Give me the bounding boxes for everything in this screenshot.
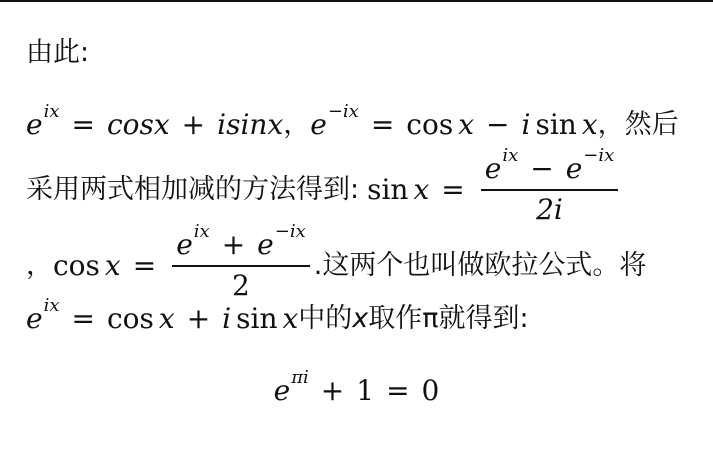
math-exponent: ix <box>502 139 518 173</box>
math-sin: sin <box>535 108 576 142</box>
euler-formula-text: .这两个也叫做欧拉公式。将 <box>314 249 647 283</box>
euler-formula-line: eix = cosx + isinx ， e−ix = cos x − i si… <box>26 108 679 142</box>
math-exponent: ix <box>194 215 210 249</box>
fraction-numerator: eix + e−ix <box>172 228 310 267</box>
math-e: e <box>26 302 43 336</box>
comma: ， <box>26 249 53 283</box>
math-e: e <box>485 152 502 186</box>
math-e: e <box>257 228 274 262</box>
math-cos: cos <box>107 302 154 336</box>
math-equals: = <box>386 374 409 407</box>
text-take-pi: 取作π就得到: <box>368 302 528 336</box>
math-x: x <box>105 249 121 283</box>
math-e: e <box>176 228 193 262</box>
math-x: x <box>159 302 175 336</box>
math-cos: cos <box>53 249 100 283</box>
math-equals: = <box>371 108 394 142</box>
math-zero: 0 <box>422 374 440 407</box>
math-exponent: ix <box>44 289 60 323</box>
math-e: e <box>26 108 43 142</box>
math-sin: sin <box>367 173 408 207</box>
comma: ， <box>283 108 310 142</box>
math-plus: + <box>182 108 205 142</box>
math-one: 1 <box>356 374 374 407</box>
math-sin: sin <box>236 302 277 336</box>
euler-identity: eπi + 1 = 0 <box>0 374 713 407</box>
math-2i: 2i <box>536 193 563 227</box>
intro-line: 由此: <box>26 36 89 70</box>
math-equals: = <box>133 249 156 283</box>
cosine-formula-line: ， cos x = eix + e−ix 2 .这两个也叫做欧拉公式。将 <box>26 228 646 303</box>
math-exponent: −ix <box>583 139 614 173</box>
math-exponent: −ix <box>275 215 306 249</box>
fraction-denominator: 2 <box>232 267 250 303</box>
math-2: 2 <box>232 269 250 303</box>
text-in: 中的 <box>298 302 352 336</box>
math-e: e <box>566 152 583 186</box>
math-exponent: −ix <box>328 95 359 129</box>
math-exponent-pi-i: πi <box>291 367 309 388</box>
fraction-denominator: 2i <box>536 191 563 227</box>
math-plus: + <box>321 374 344 407</box>
top-border <box>0 0 713 2</box>
math-x: x <box>582 108 598 142</box>
sine-formula-line: 采用两式相加减的方法得到: sin x = eix − e−ix 2i <box>26 152 622 227</box>
math-e: e <box>274 374 291 407</box>
cosine-fraction: eix + e−ix 2 <box>172 228 310 303</box>
math-i: i <box>521 108 530 142</box>
text-then: 然后 <box>625 108 679 142</box>
math-plus: + <box>222 228 245 262</box>
fraction-numerator: eix − e−ix <box>481 152 619 191</box>
math-plus: + <box>187 302 210 336</box>
math-exponent: ix <box>44 95 60 129</box>
math-x: x <box>458 108 474 142</box>
math-i: i <box>222 302 231 336</box>
math-cos: cos <box>406 108 453 142</box>
math-equals: = <box>72 302 95 336</box>
math-equals: = <box>72 108 95 142</box>
comma: ， <box>598 108 625 142</box>
math-isinx: isinx <box>217 108 283 142</box>
math-x: x <box>413 173 429 207</box>
sine-fraction: eix − e−ix 2i <box>481 152 619 227</box>
math-e: e <box>310 108 327 142</box>
math-cosx: cosx <box>107 108 170 142</box>
method-text: 采用两式相加减的方法得到: <box>26 173 359 207</box>
math-minus: − <box>486 108 509 142</box>
substitution-line: eix = cos x + i sin x 中的 x 取作π就得到: <box>26 302 529 336</box>
intro-text: 由此: <box>26 36 89 70</box>
math-minus: − <box>530 152 553 186</box>
math-x: x <box>282 302 298 336</box>
variable-x: x <box>352 302 368 336</box>
math-equals: = <box>441 173 464 207</box>
